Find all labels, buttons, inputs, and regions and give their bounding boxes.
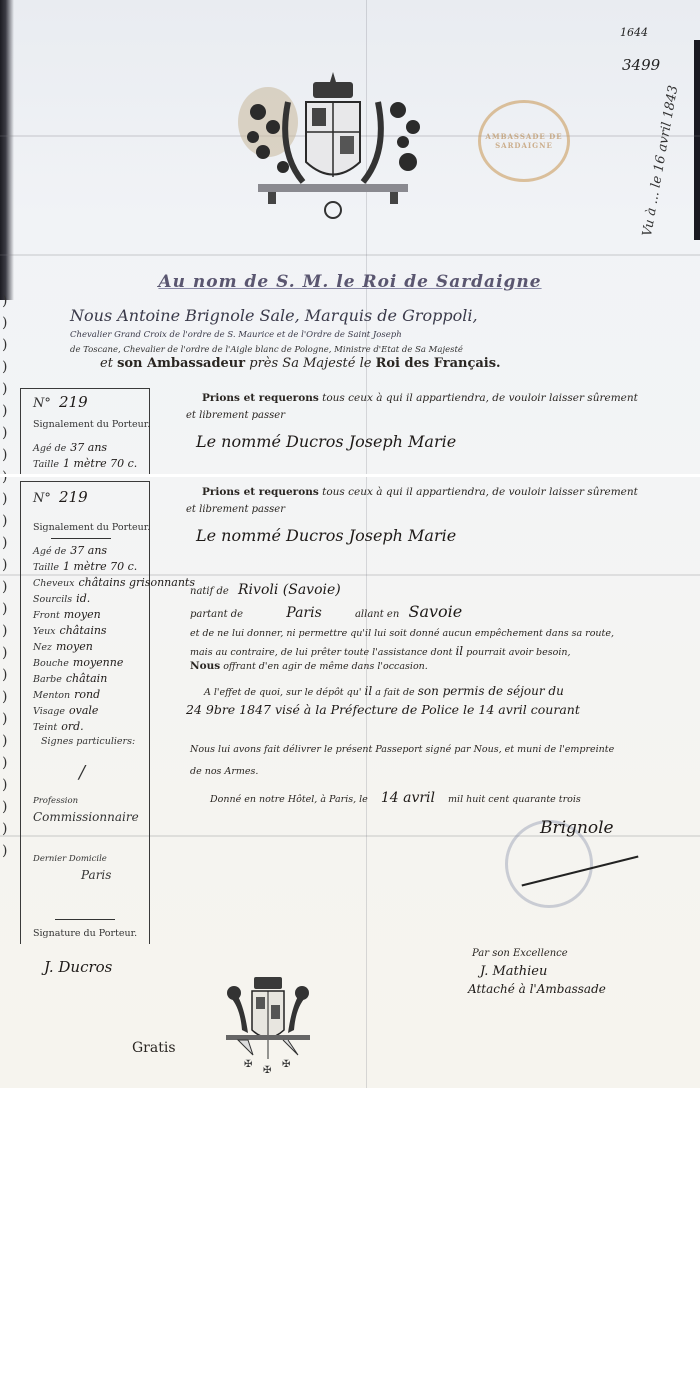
passport-heading: Au nom de S. M. le Roi de Sardaigne <box>90 272 610 292</box>
issuer-line-3: de Toscane, Chevalier de l'ordre de l'Ai… <box>70 345 463 355</box>
scroll-border-decoration: )))))))))))))))))))))))))) <box>2 290 18 862</box>
ink-stamp: AMBASSADE DE SARDAIGNE <box>478 100 570 182</box>
body-text: mais au contraire, de lui prêter toute l… <box>190 647 452 658</box>
coat-of-arms-small-icon: ✠✠✠ <box>218 975 318 1075</box>
body-line-1: et de ne lui donner, ni permettre qu'il … <box>190 628 614 639</box>
scan-overlap-seam <box>0 474 700 477</box>
row-value: moyen <box>64 608 101 621</box>
request-text-2: et librement passer <box>186 504 285 515</box>
bearer-signature-label: Signature du Porteur. <box>33 928 137 939</box>
desc-row-nose: Nezmoyen <box>33 640 93 653</box>
body-text: offrant d'en agir de même dans l'occasio… <box>223 661 428 672</box>
svg-text:✠: ✠ <box>263 1065 271 1075</box>
desc-row-beard: Barbechâtain <box>33 672 107 685</box>
row-value: moyen <box>56 640 93 653</box>
ambassador-signature: Brignole <box>540 818 614 838</box>
row-label: Taille <box>33 562 59 573</box>
profession-value: Commissionnaire <box>33 810 139 824</box>
given-text: Donné en notre Hôtel, à Paris, le <box>210 794 368 805</box>
row-label: Bouche <box>33 658 69 669</box>
desc-row-hair: Cheveuxchâtains grisonnants <box>33 576 195 589</box>
issuer-mid: près Sa Majesté le <box>249 356 371 371</box>
request-text-2: et librement passer <box>186 410 285 421</box>
effect-handwritten-line: 24 9bre 1847 visé à la Préfecture de Pol… <box>186 702 580 717</box>
desc-row-age: Agé de37 ans <box>33 441 107 454</box>
body-line-3: Nous offrant d'en agir de même dans l'oc… <box>190 660 428 672</box>
scan-shadow-right <box>694 40 700 240</box>
desc-row-face: Visageovale <box>33 704 98 717</box>
row-value: ovale <box>69 704 98 717</box>
request-bold: Prions et requerons <box>202 392 319 404</box>
given-year: mil huit cent quarante trois <box>448 794 581 805</box>
by-excellency-label: Par son Excellence <box>472 948 568 959</box>
passport-number: N° 219 <box>33 393 88 411</box>
body-bold: Nous <box>190 660 220 672</box>
bearer-description-box-partial: N° 219 Signalement du Porteur. Agé de37 … <box>20 388 150 477</box>
issuer-line-1: Nous Antoine Brignole Sale, Marquis de G… <box>70 306 478 325</box>
svg-text:✠: ✠ <box>244 1059 252 1070</box>
request-text: tous ceux à qui il appartiendra, de voul… <box>322 486 638 498</box>
number-label: N° <box>33 396 51 411</box>
stamp-text: AMBASSADE DE SARDAIGNE <box>481 132 567 150</box>
given-line: Donné en notre Hôtel, à Paris, le 14 avr… <box>210 790 581 806</box>
effect-handwritten: son permis de séjour du <box>418 684 564 698</box>
desc-row-complexion: Teintord. <box>33 720 84 733</box>
desc-row-age: Agé de37 ans <box>33 544 107 557</box>
coat-of-arms-icon <box>228 72 438 232</box>
delivery-line-2: de nos Armes. <box>190 766 258 777</box>
svg-text:✠: ✠ <box>282 1059 290 1070</box>
blank-background <box>0 1088 700 1373</box>
effect-handwritten: il <box>364 684 372 698</box>
route-line: partant de Paris allant en Savoie <box>190 602 462 621</box>
last-domicile-value: Paris <box>81 868 111 882</box>
departing-label: partant de <box>190 609 243 620</box>
desc-row-chin: Mentonrond <box>33 688 100 701</box>
special-signs-value: / <box>79 762 85 783</box>
archive-number-1: 1644 <box>620 26 648 39</box>
number-label: N° <box>33 491 51 506</box>
row-label: Yeux <box>33 626 56 637</box>
destination-label: allant en <box>355 609 399 620</box>
divider <box>55 919 115 920</box>
bearer-name-partial: Le nommé Ducros Joseph Marie <box>196 432 456 451</box>
issuer-title: son Ambassadeur <box>117 356 245 371</box>
attache-title: Attaché à l'Ambassade <box>468 982 606 996</box>
row-label: Taille <box>33 459 59 470</box>
desc-row-forehead: Frontmoyen <box>33 608 101 621</box>
row-value: rond <box>74 688 100 701</box>
issuer-title-2: Roi des Français. <box>376 356 501 371</box>
attache-signature: J. Mathieu <box>480 964 547 979</box>
row-label: Cheveux <box>33 578 74 589</box>
desc-row-eyes: Yeuxchâtains <box>33 624 107 637</box>
desc-row-mouth: Bouchemoyenne <box>33 656 123 669</box>
row-label: Teint <box>33 722 57 733</box>
effect-text: a fait de <box>375 687 414 698</box>
row-value: 37 ans <box>70 441 107 454</box>
body-line-2: mais au contraire, de lui prêter toute l… <box>190 644 571 658</box>
row-value: ord. <box>61 720 83 733</box>
row-value: 1 mètre 70 c. <box>63 457 137 470</box>
request-line-partial: Prions et requerons tous ceux à qui il a… <box>202 392 638 404</box>
issuer-line-2: Chevalier Grand Croix de l'ordre de S. M… <box>70 330 402 340</box>
row-label: Agé de <box>33 443 66 454</box>
issuer-line-4: et son Ambassadeur près Sa Majesté le Ro… <box>100 356 501 371</box>
last-domicile-label: Dernier Domicile <box>33 854 107 864</box>
row-value: moyenne <box>73 656 123 669</box>
special-signs-label: Signes particuliers: <box>41 736 135 747</box>
row-label: Agé de <box>33 546 66 557</box>
gratis-label: Gratis <box>132 1040 176 1056</box>
number-value: 219 <box>59 393 88 411</box>
issuer-prefix: et <box>100 356 113 371</box>
request-line: Prions et requerons tous ceux à qui il a… <box>202 486 638 498</box>
destination-value: Savoie <box>408 602 462 621</box>
row-value: châtains grisonnants <box>78 576 195 589</box>
delivery-line-1: Nous lui avons fait délivrer le présent … <box>190 744 614 755</box>
request-bold: Prions et requerons <box>202 486 319 498</box>
row-value: 37 ans <box>70 544 107 557</box>
request-text: tous ceux à qui il appartiendra, de voul… <box>322 392 638 404</box>
passport-number: N° 219 <box>33 488 88 506</box>
bearer-description-box: N° 219 Signalement du Porteur. Agé de37 … <box>20 481 150 944</box>
row-label: Nez <box>33 642 52 653</box>
bearer-signature: J. Ducros <box>44 958 112 976</box>
description-title: Signalement du Porteur. <box>33 419 150 430</box>
bearer-name: Le nommé Ducros Joseph Marie <box>196 526 456 545</box>
desc-row-eyebrows: Sourcilsid. <box>33 592 90 605</box>
row-value: châtains <box>60 624 107 637</box>
profession-label: Profession <box>33 796 78 806</box>
row-label: Visage <box>33 706 65 717</box>
fold-line-horizontal <box>0 254 700 256</box>
row-label: Barbe <box>33 674 62 685</box>
row-value: id. <box>76 592 90 605</box>
divider <box>51 538 111 539</box>
effect-text: A l'effet de quoi, sur le dépôt qu' <box>204 687 361 698</box>
row-label: Sourcils <box>33 594 72 605</box>
native-line: natif de Rivoli (Savoie) <box>190 582 341 598</box>
native-label: natif de <box>190 586 229 597</box>
archive-number-2: 3499 <box>622 56 660 74</box>
native-value: Rivoli (Savoie) <box>238 582 341 598</box>
passport-document: 1644 3499 AMBASSADE DE SARDAIGNE Vu à ..… <box>0 0 700 1088</box>
body-text: pourrait avoir besoin, <box>466 647 570 658</box>
description-title: Signalement du Porteur. <box>33 522 150 533</box>
number-value: 219 <box>59 488 88 506</box>
row-value: châtain <box>66 672 107 685</box>
desc-row-height: Taille1 mètre 70 c. <box>33 560 137 573</box>
margin-note: Vu à ... le 16 avril 1843 <box>640 84 681 237</box>
departing-value: Paris <box>286 605 322 621</box>
row-label: Front <box>33 610 60 621</box>
row-label: Menton <box>33 690 70 701</box>
desc-row-height: Taille1 mètre 70 c. <box>33 457 137 470</box>
body-handwritten: il <box>455 644 463 658</box>
effect-line-1: A l'effet de quoi, sur le dépôt qu' il a… <box>204 684 564 698</box>
given-date: 14 avril <box>381 790 435 806</box>
row-value: 1 mètre 70 c. <box>63 560 137 573</box>
